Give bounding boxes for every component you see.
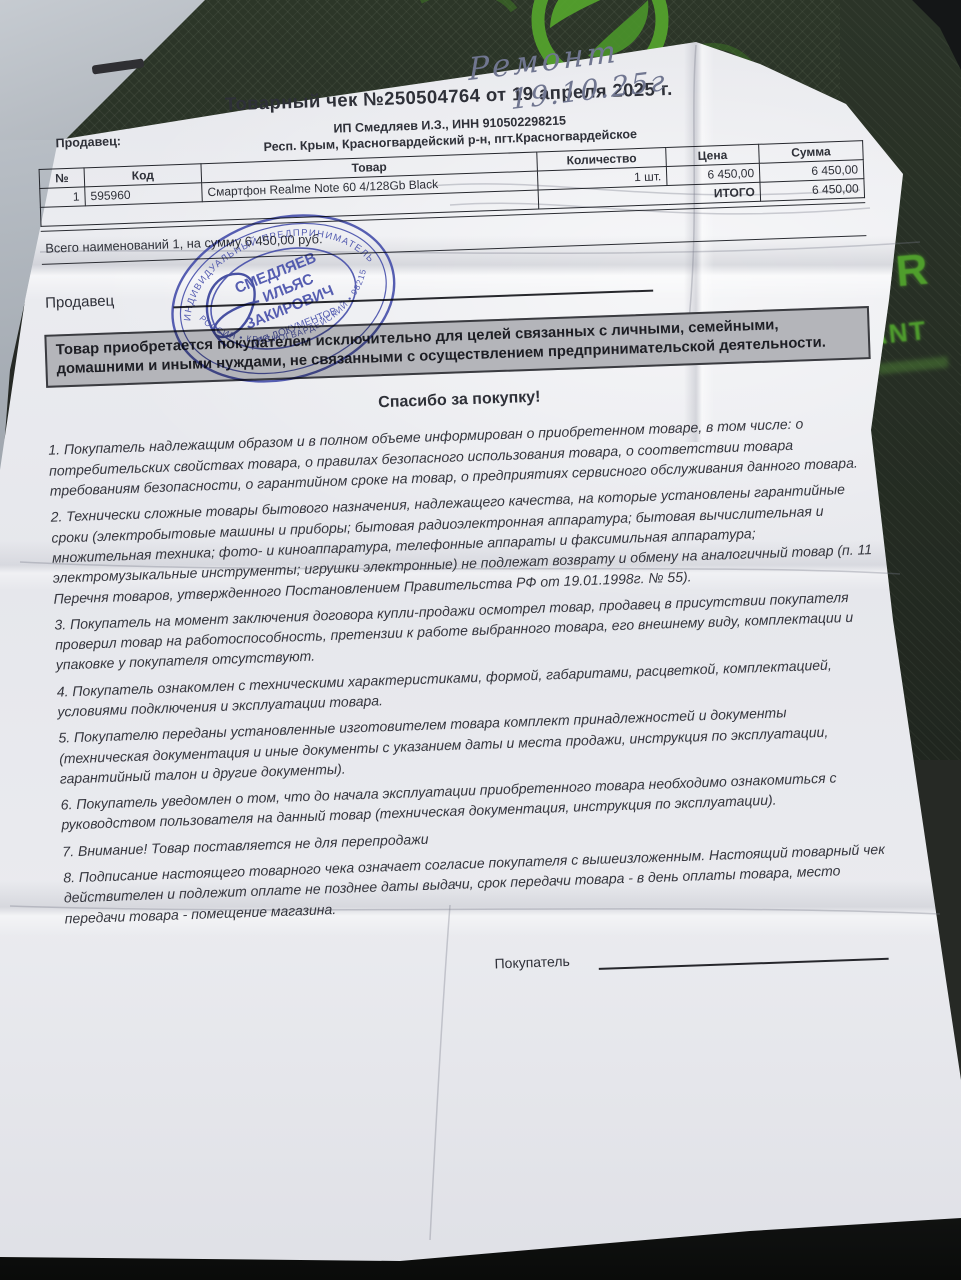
buyer-sign-label: Покупатель — [494, 953, 570, 972]
term-paragraph: 2. Технически сложные товары бытового на… — [50, 478, 875, 608]
receipt-content: Товарный чек №250504764 от 19 апреля 202… — [36, 67, 892, 1000]
seller-label: Продавец: — [55, 134, 121, 150]
terms-list: 1. Покупатель надлежащим образом и в пол… — [48, 412, 887, 929]
col-number: № — [39, 167, 85, 188]
buyer-signature-line — [599, 958, 889, 970]
mousepad-letter: R — [894, 245, 930, 298]
item-number: 1 — [40, 186, 86, 207]
total-value: 6 450,00 — [760, 178, 865, 201]
photo-scene: R ANT Ремонт 19.10.25г Товарный чек №250… — [0, 0, 961, 1280]
seller-sign-label: Продавец — [45, 292, 115, 311]
